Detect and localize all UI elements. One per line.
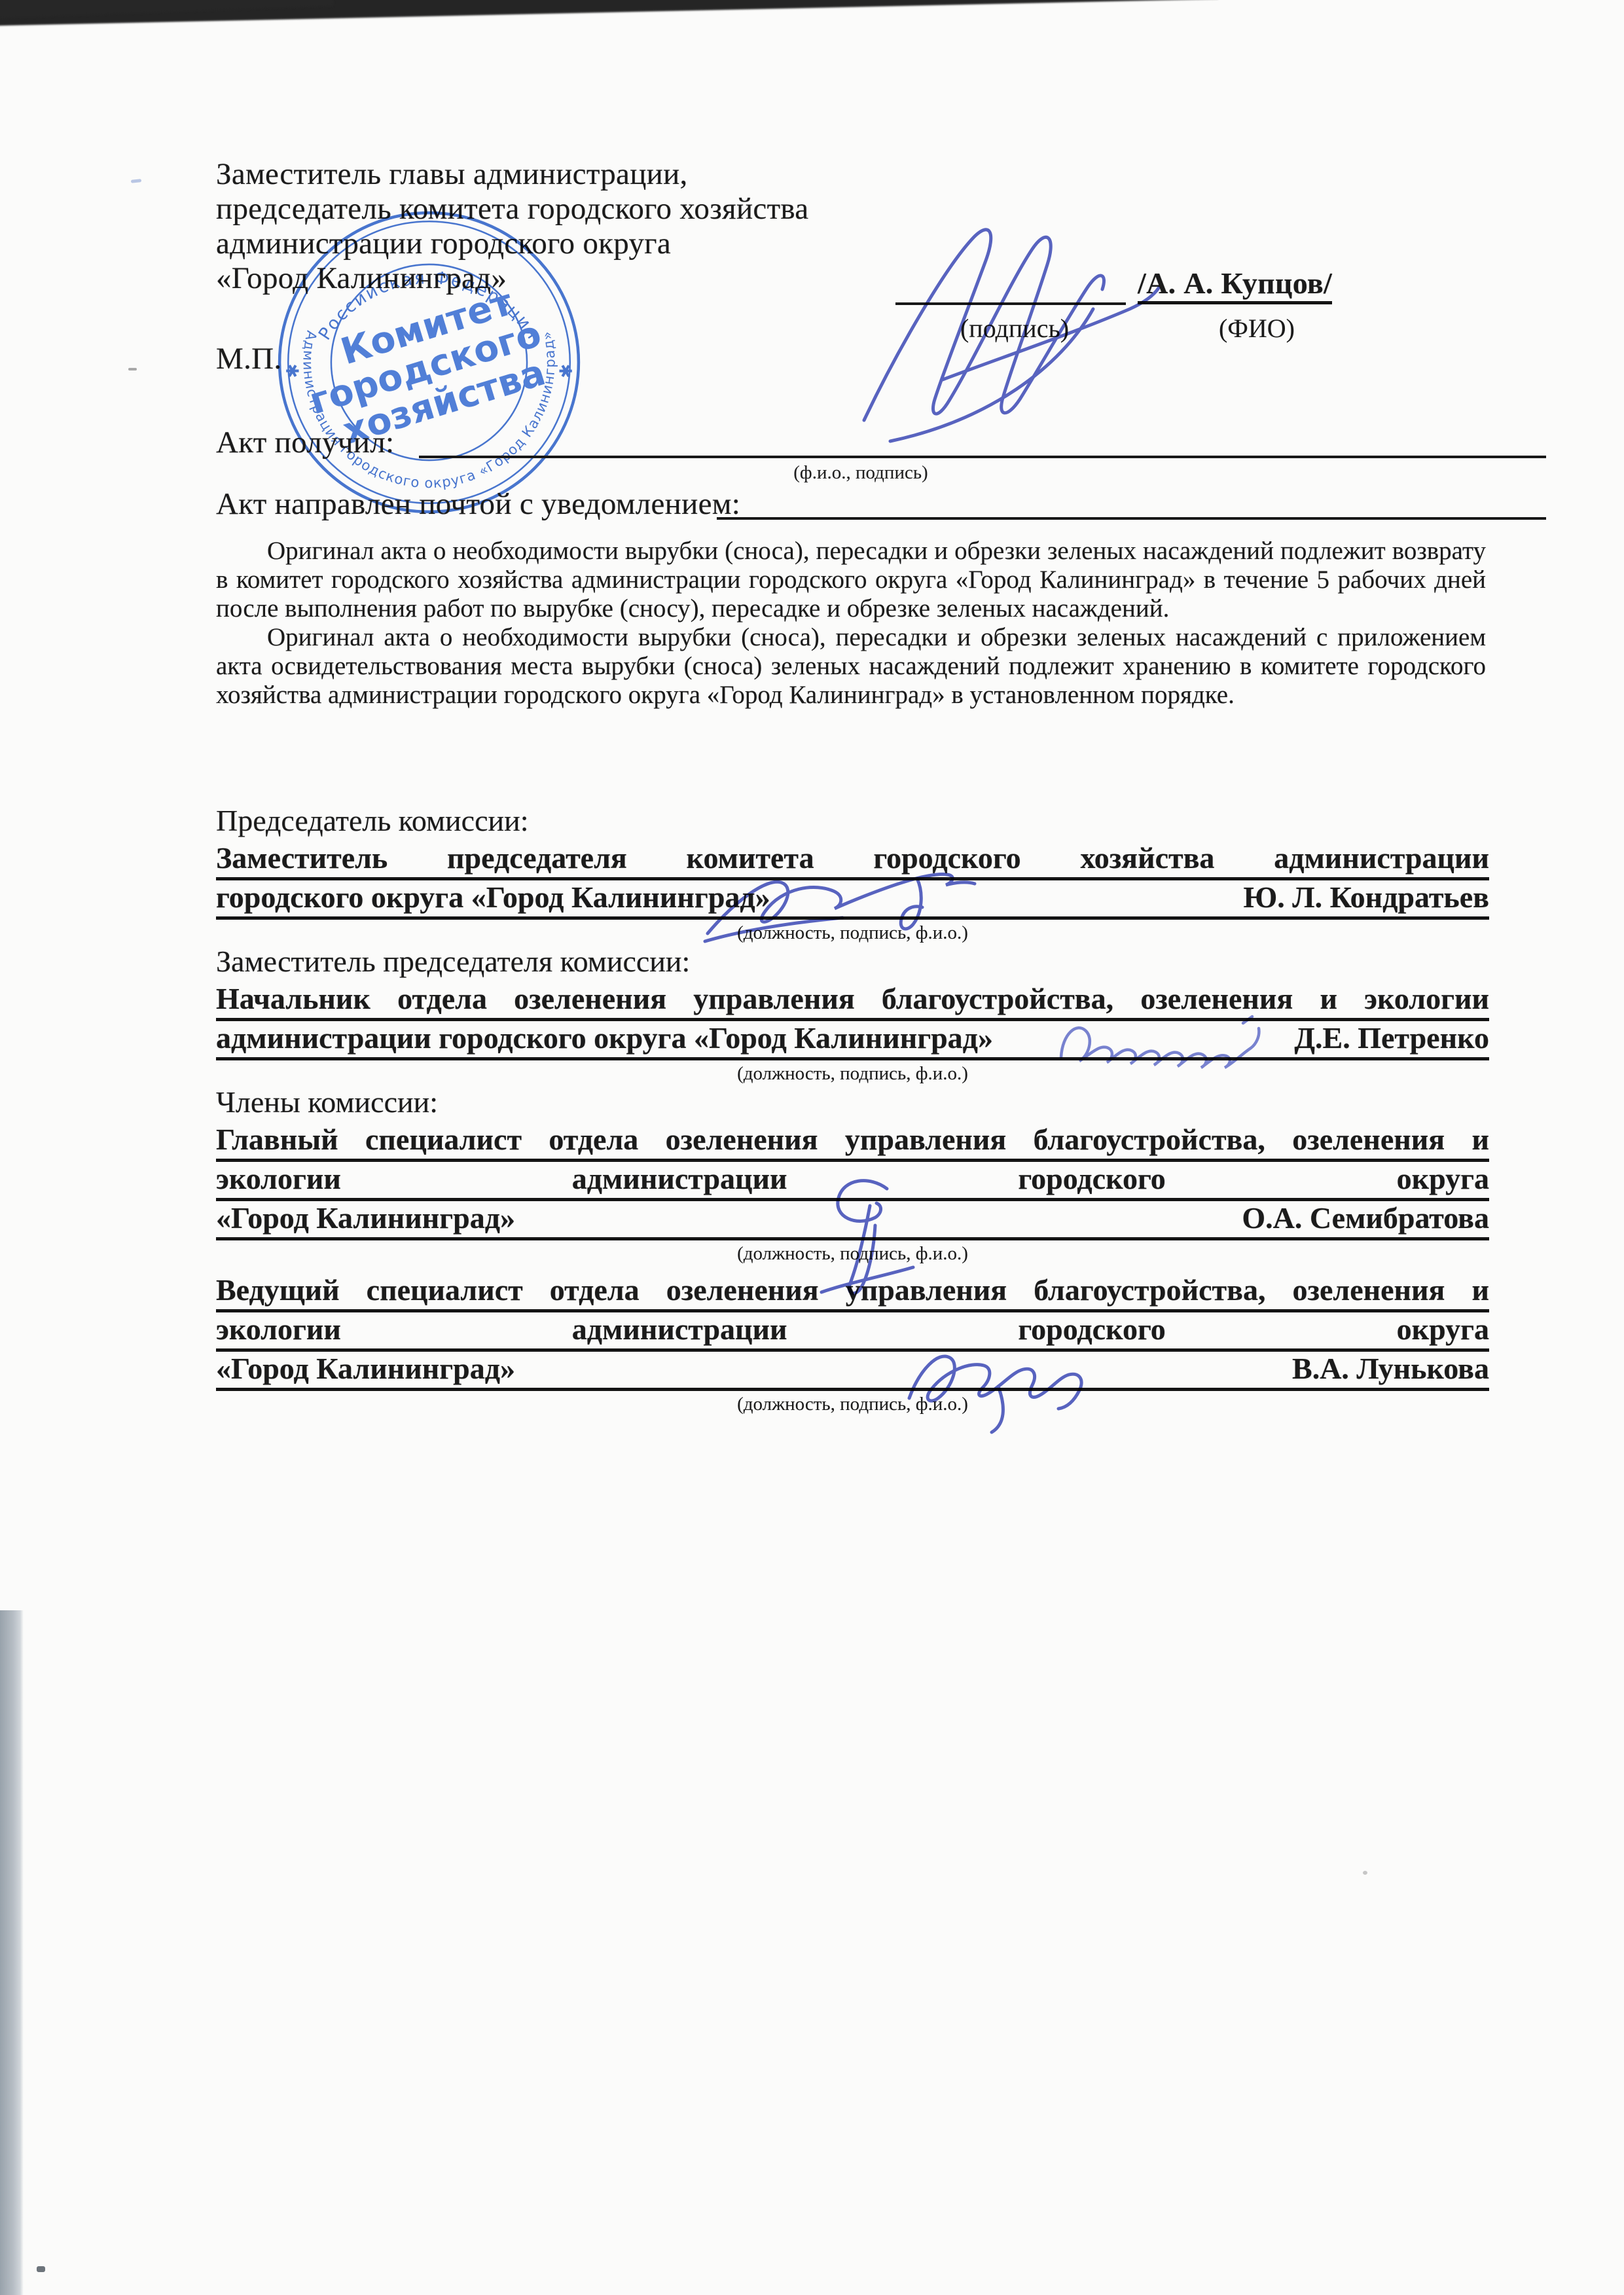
member2-signature-row: «Город Калининград» В.А. Лунькова bbox=[216, 1352, 1489, 1391]
member1-position-line1: Главный специалист отдела озеленения упр… bbox=[216, 1123, 1489, 1162]
stamp-star-left: ✱ bbox=[283, 364, 302, 378]
mp-label: М.П. bbox=[216, 342, 281, 376]
member1-name: О.А. Семибратова bbox=[1242, 1201, 1489, 1235]
paragraph-return-original: Оригинал акта о необходимости вырубки (с… bbox=[216, 537, 1486, 623]
scan-speck bbox=[128, 368, 137, 370]
act-mailed-blank-line bbox=[717, 517, 1546, 520]
body-paragraphs: Оригинал акта о необходимости вырубки (с… bbox=[216, 537, 1486, 710]
deputy-name: Д.Е. Петренко bbox=[1294, 1021, 1489, 1055]
member2-name: В.А. Лунькова bbox=[1292, 1352, 1489, 1385]
deputy-position-line1: Начальник отдела озеленения управления б… bbox=[216, 982, 1489, 1021]
chair-position-line2: городского округа «Город Калининград» bbox=[216, 880, 770, 914]
member2-position-line2: экологии администрации городского округа bbox=[216, 1312, 1489, 1352]
deputy-heading: Заместитель председателя комиссии: bbox=[216, 945, 1489, 978]
petrenko-handwritten-signature bbox=[1057, 1011, 1273, 1077]
paragraph-storage-original: Оригинал акта о необходимости вырубки (с… bbox=[216, 623, 1486, 710]
member1-position-line3: «Город Калининград» bbox=[216, 1201, 515, 1235]
scan-edge-artifact-left bbox=[0, 1610, 24, 2295]
act-received-blank-line bbox=[419, 456, 1546, 458]
semibratova-handwritten-signature bbox=[802, 1170, 923, 1308]
scan-speck bbox=[131, 179, 141, 183]
official-title-line: Заместитель главы администрации, bbox=[216, 157, 1132, 192]
kuptsov-handwritten-signature bbox=[844, 211, 1198, 453]
lunkova-handwritten-signature bbox=[900, 1328, 1106, 1436]
member2-position-line3: «Город Калининград» bbox=[216, 1352, 515, 1385]
members-heading: Члены комиссии: bbox=[216, 1085, 1489, 1119]
role-caption: (должность, подпись, ф.и.о.) bbox=[216, 1393, 1489, 1416]
chair-heading: Председатель комиссии: bbox=[216, 804, 1489, 837]
stamp-star-right: ✱ bbox=[556, 364, 575, 378]
committee-round-stamp: Российская Федерация Администрация город… bbox=[274, 207, 585, 518]
kondratyev-handwritten-signature bbox=[697, 844, 1011, 946]
scanned-document-page: Заместитель главы администрации, председ… bbox=[0, 0, 1624, 2295]
act-mailed-label: Акт направлен почтой с уведомлением: bbox=[216, 487, 740, 522]
chair-name: Ю. Л. Кондратьев bbox=[1244, 880, 1489, 914]
deputy-position-line2: администрации городского округа «Город К… bbox=[216, 1021, 993, 1055]
act-received-label: Акт получил: bbox=[216, 425, 394, 460]
role-caption: (должность, подпись, ф.и.о.) bbox=[216, 1062, 1489, 1085]
scan-speck bbox=[37, 2266, 45, 2272]
act-received-caption: (ф.и.о., подпись) bbox=[658, 462, 1064, 484]
deputy-signature-row: администрации городского округа «Город К… bbox=[216, 1021, 1489, 1060]
scan-speck bbox=[1363, 1871, 1367, 1875]
